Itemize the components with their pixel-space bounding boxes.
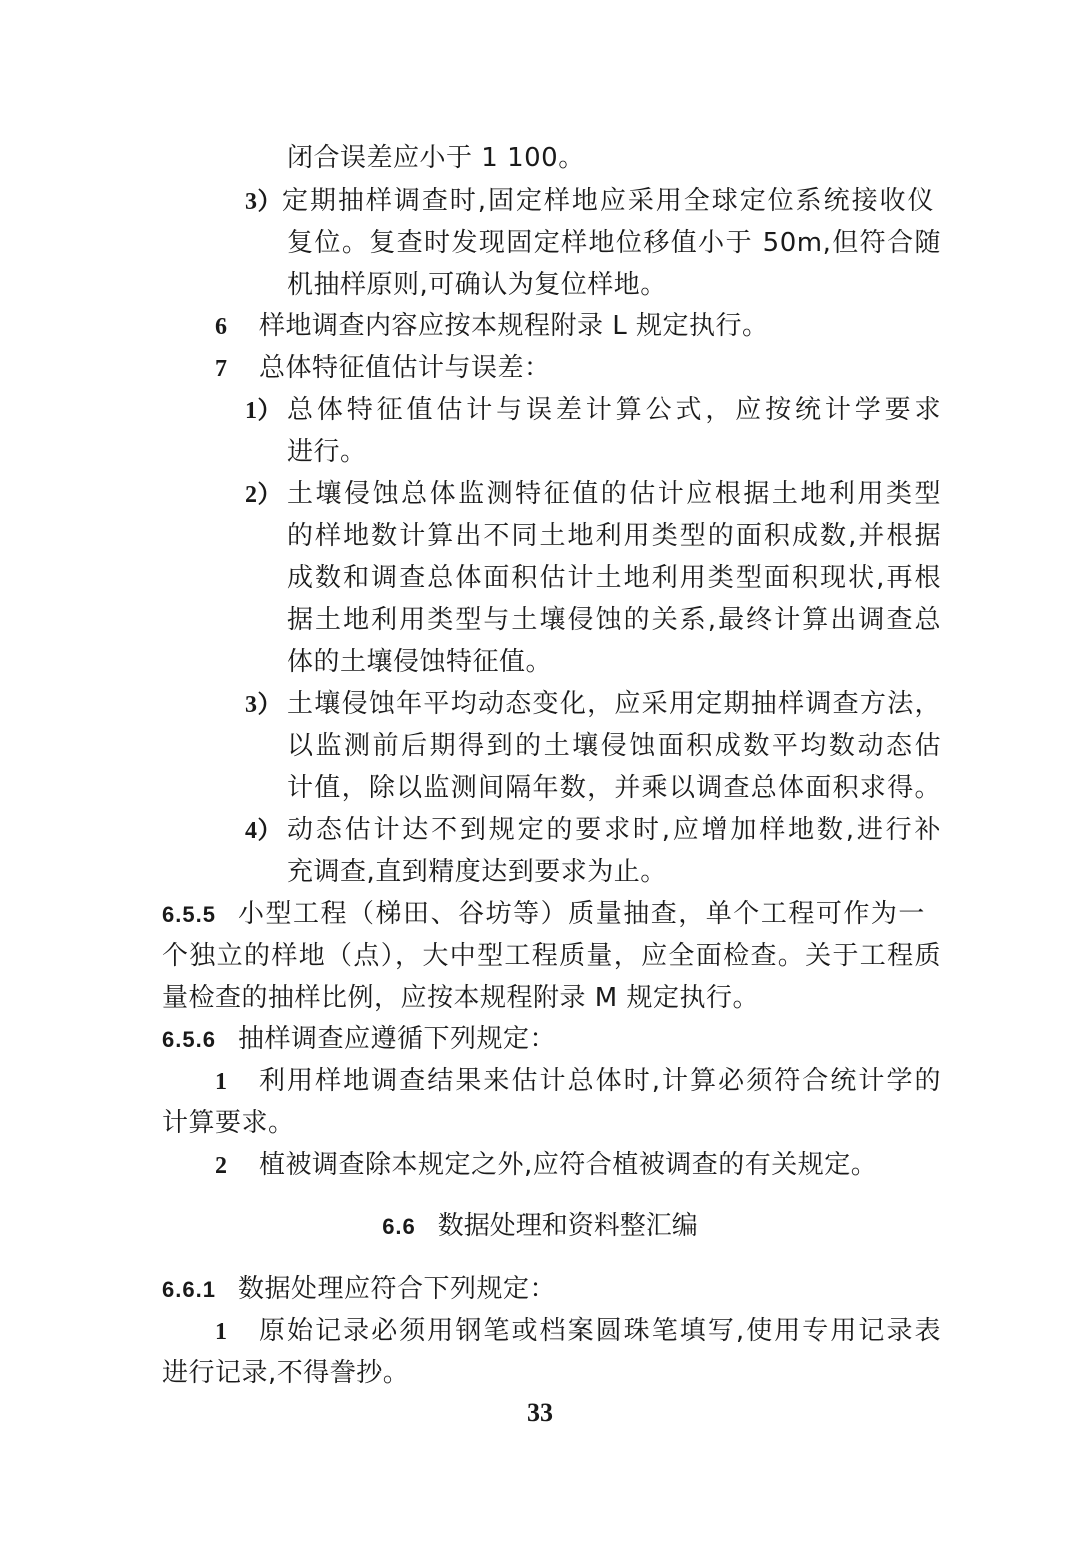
clause-6-5-6: 6.5.6抽样调查应遵循下列规定：	[162, 1022, 556, 1057]
item-label: 7	[215, 352, 259, 386]
paragraph-line: 量检查的抽样比例，应按本规程附录 M 规定执行。	[162, 981, 759, 1015]
list-item-3-gps: 3）定期抽样调查时,固定样地应采用全球定位系统接收仪	[245, 184, 943, 219]
clause-number: 6.5.5	[162, 902, 216, 927]
clause-6-6-1: 6.6.1数据处理应符合下列规定：	[162, 1272, 556, 1307]
paragraph-line: 机抽样原则,可确认为复位样地。	[287, 268, 667, 302]
list-item-7-4: 4）动态估计达不到规定的要求时,应增加样地数,进行补	[245, 813, 941, 848]
line-text: 计算要求。	[162, 1108, 295, 1138]
paragraph-line: 据土地利用类型与土壤侵蚀的关系,最终计算出调查总	[287, 603, 941, 637]
paragraph-line: 计值，除以监测间隔年数，并乘以调查总体面积求得。	[287, 771, 941, 805]
line-text: 定期抽样调查时,固定样地应采用全球定位系统接收仪	[282, 184, 934, 218]
list-item-6: 6样地调查内容应按本规程附录 L 规定执行。	[215, 309, 769, 344]
paragraph-line: 的样地数计算出不同土地利用类型的面积成数,并根据	[287, 519, 941, 553]
line-text: 样地调查内容应按本规程附录 L 规定执行。	[259, 311, 769, 341]
list-item-1: 1原始记录必须用钢笔或档案圆珠笔填写,使用专用记录表	[215, 1314, 941, 1349]
line-text: 进行记录,不得誊抄。	[162, 1358, 409, 1388]
document-page: 闭合误差应小于 1 100。 3）定期抽样调查时,固定样地应采用全球定位系统接收…	[0, 0, 1080, 1549]
list-item-7-3: 3）土壤侵蚀年平均动态变化，应采用定期抽样调查方法，	[245, 687, 941, 722]
list-item-1: 1利用样地调查结果来估计总体时,计算必须符合统计学的	[215, 1064, 941, 1099]
item-label: 1	[215, 1315, 259, 1349]
line-text: 计值，除以监测间隔年数，并乘以调查总体面积求得。	[287, 771, 941, 805]
line-text: 土壤侵蚀总体监测特征值的估计应根据土地利用类型	[287, 477, 941, 511]
line-text: 植被调查除本规定之外,应符合植被调查的有关规定。	[259, 1150, 877, 1180]
line-text: 抽样调查应遵循下列规定：	[238, 1024, 556, 1054]
paragraph-line: 闭合误差应小于 1 100。	[287, 141, 585, 175]
paragraph-line: 复位。复查时发现固定样地位移值小于 50m,但符合随	[287, 226, 941, 260]
line-text: 据土地利用类型与土壤侵蚀的关系,最终计算出调查总	[287, 603, 941, 637]
item-label: 4）	[245, 814, 287, 848]
line-text: 数据处理应符合下列规定：	[238, 1274, 556, 1304]
line-text: 利用样地调查结果来估计总体时,计算必须符合统计学的	[259, 1064, 941, 1098]
clause-number: 6.6.1	[162, 1277, 216, 1302]
paragraph-line: 进行记录,不得誊抄。	[162, 1356, 409, 1390]
line-text: 体的土壤侵蚀特征值。	[287, 647, 552, 677]
line-text: 充调查,直到精度达到要求为止。	[287, 857, 667, 887]
line-text: 以监测前后期得到的土壤侵蚀面积成数平均数动态估	[287, 729, 941, 763]
line-text: 动态估计达不到规定的要求时,应增加样地数,进行补	[287, 813, 941, 847]
paragraph-line: 充调查,直到精度达到要求为止。	[287, 855, 667, 889]
clause-number: 6.5.6	[162, 1027, 216, 1052]
paragraph-line: 个独立的样地（点），大中型工程质量，应全面检查。关于工程质	[162, 939, 941, 973]
line-text: 总体特征值估计与误差计算公式，应按统计学要求	[287, 393, 941, 427]
line-text: 闭合误差应小于 1 100。	[287, 143, 585, 173]
item-label: 2）	[245, 478, 287, 512]
item-label: 6	[215, 310, 259, 344]
item-label: 3）	[245, 189, 282, 215]
section-heading-6-6: 6.6数据处理和资料整汇编	[0, 1209, 1080, 1244]
section-number: 6.6	[382, 1214, 416, 1239]
line-text: 复位。复查时发现固定样地位移值小于 50m,但符合随	[287, 226, 941, 260]
paragraph-line: 以监测前后期得到的土壤侵蚀面积成数平均数动态估	[287, 729, 941, 763]
paragraph-line: 成数和调查总体面积估计土地利用类型面积现状,再根	[287, 561, 941, 595]
item-label: 1）	[245, 394, 287, 428]
section-title: 数据处理和资料整汇编	[438, 1211, 698, 1241]
list-item-7: 7总体特征值估计与误差：	[215, 351, 551, 386]
line-text: 个独立的样地（点），大中型工程质量，应全面检查。关于工程质	[162, 939, 941, 973]
line-text: 量检查的抽样比例，应按本规程附录 M 规定执行。	[162, 983, 759, 1013]
line-text: 的样地数计算出不同土地利用类型的面积成数,并根据	[287, 519, 941, 553]
line-text: 小型工程（梯田、谷坊等）质量抽查，单个工程可作为一	[238, 897, 925, 931]
line-text: 进行。	[287, 437, 367, 467]
line-text: 成数和调查总体面积估计土地利用类型面积现状,再根	[287, 561, 941, 595]
item-label: 1	[215, 1065, 259, 1099]
line-text: 土壤侵蚀年平均动态变化，应采用定期抽样调查方法，	[287, 687, 941, 721]
item-label: 3）	[245, 688, 287, 722]
list-item-2: 2植被调查除本规定之外,应符合植被调查的有关规定。	[215, 1148, 877, 1183]
item-label: 2	[215, 1149, 259, 1183]
list-item-7-2: 2）土壤侵蚀总体监测特征值的估计应根据土地利用类型	[245, 477, 941, 512]
list-item-7-1: 1）总体特征值估计与误差计算公式，应按统计学要求	[245, 393, 941, 428]
paragraph-line: 体的土壤侵蚀特征值。	[287, 645, 552, 679]
paragraph-line: 计算要求。	[162, 1106, 295, 1140]
paragraph-line: 进行。	[287, 435, 367, 469]
page-number: 33	[0, 1398, 1080, 1428]
line-text: 总体特征值估计与误差：	[259, 353, 551, 383]
line-text: 原始记录必须用钢笔或档案圆珠笔填写,使用专用记录表	[259, 1314, 941, 1348]
clause-6-5-5: 6.5.5小型工程（梯田、谷坊等）质量抽查，单个工程可作为一	[162, 897, 925, 932]
line-text: 机抽样原则,可确认为复位样地。	[287, 270, 667, 300]
